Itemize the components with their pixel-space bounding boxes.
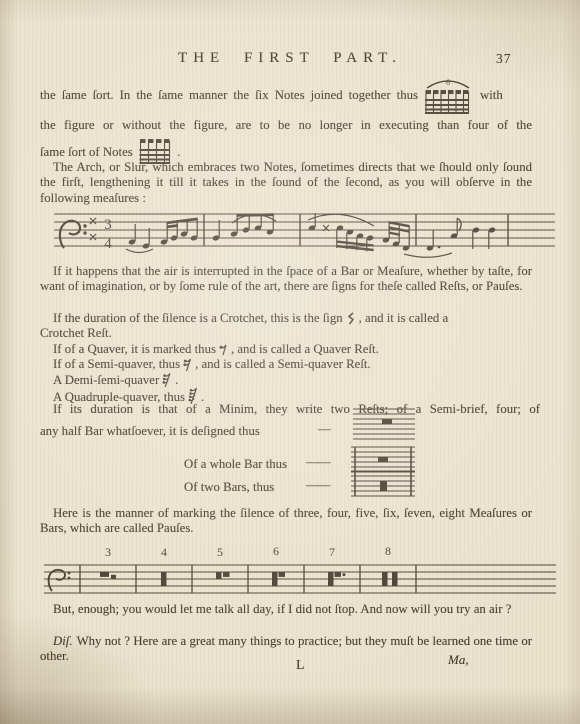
paragraph-pauses: Here is the manner of marking the ſilenc…: [40, 506, 532, 537]
rests-section: If the duration of the ſilence is a Crot…: [40, 311, 540, 421]
text-segment: ſame ſort of Notes: [40, 145, 133, 159]
pause-number: 8: [385, 545, 391, 558]
note-heads: [426, 90, 469, 94]
text-line: the figure or without the figure, are to…: [40, 118, 532, 133]
text-segment: , and is called a Quaver Reſt.: [231, 342, 379, 356]
page-header: THE FIRST PART.: [0, 49, 580, 67]
whole-bar-label: Of a whole Bar thus: [184, 457, 287, 472]
key-signature-sharps: [90, 218, 96, 240]
note-beams: [425, 100, 469, 113]
text-segment: A Demi-ſemi-quaver: [53, 373, 159, 387]
page-number: 37: [496, 51, 512, 66]
pause-number: 7: [329, 545, 335, 559]
pause-number: 4: [161, 545, 167, 559]
pause-number: 6: [273, 545, 279, 558]
half-rest-block: [382, 420, 392, 425]
two-bar-rest-staff: [350, 468, 416, 500]
bass-clef-icon: [49, 570, 71, 591]
note-heads: [140, 139, 170, 143]
text-line: with: [480, 88, 503, 103]
demisemiquaver-rest-icon: [162, 372, 172, 387]
half-bar-dash: —: [318, 422, 330, 437]
quaver-rest-icon: [219, 343, 228, 356]
two-bars-dash: ——: [306, 478, 330, 493]
bass-clef-icon: [60, 221, 87, 248]
text-line: A Demi-ſemi-quaver.: [40, 372, 178, 388]
text-line: If of a Semi-quaver, thus, and is called…: [40, 357, 371, 372]
whole-bar-dash: ——: [306, 455, 330, 470]
half-bar-label: any half Bar whatſoever, it is deſigned …: [40, 424, 260, 439]
speaker-label: Diſ.: [53, 634, 73, 648]
figure-number: 6: [446, 78, 450, 87]
text-segment: .: [175, 373, 178, 387]
paragraph-arch-slur: The Arch, or Slur, which embraces two No…: [40, 160, 532, 206]
text-segment: .: [177, 145, 180, 159]
text-segment: If the duration of the ſilence is a Crot…: [53, 311, 343, 325]
book-page: THE FIRST PART. 37 the ſame ſort. In the…: [0, 0, 580, 724]
paragraph-six-notes: the ſame ſort. In the ſame manner the ſi…: [40, 84, 532, 154]
pause-numbers: 3 4 5 6 7 8: [105, 545, 391, 559]
paragraph-rests-intro: If it happens that the air is interrupte…: [40, 264, 532, 295]
two-bar-rest-block: [380, 481, 387, 492]
time-signature-top: 3: [104, 217, 112, 233]
staff-lines: [44, 565, 556, 593]
text-segment: If of a Semi-quaver, thus: [53, 357, 180, 371]
pause-number: 5: [217, 545, 223, 559]
signature-mark: L: [296, 658, 305, 673]
semiquaver-rest-icon: [183, 357, 192, 371]
page-title: THE FIRST PART.: [178, 50, 402, 66]
pause-number: 3: [105, 545, 111, 559]
catchword: Ma,: [448, 652, 469, 667]
text-segment: , and it is called a: [359, 311, 449, 325]
text-segment: , and is called a Semi-quaver Reſt.: [195, 357, 371, 371]
text-line: If of a Quaver, it is marked thus, and i…: [40, 342, 379, 357]
whole-rest-block: [378, 457, 388, 462]
text-line: If its duration is that of a Minim, they…: [40, 402, 540, 417]
half-bar-rest-staff: [352, 406, 416, 442]
time-signature-bottom: 4: [104, 236, 112, 252]
text-line: the ſame ſort. In the ſame manner the ſi…: [40, 88, 418, 103]
text-segment: If of a Quaver, it is marked thus: [53, 342, 216, 356]
text-line: Crotchet Reſt.: [40, 326, 112, 341]
text-line: If the duration of the ſilence is a Crot…: [40, 311, 553, 326]
crotchet-rest-icon: [346, 312, 356, 325]
two-bars-label: Of two Bars, thus: [184, 480, 274, 495]
paragraph-closing: But, enough; you would let me talk all d…: [40, 602, 532, 617]
six-notes-figure: 6: [423, 75, 473, 115]
pauses-staff-image: 3 4 5 6 7 8: [42, 545, 558, 597]
slur-example-staff: 3 4: [52, 204, 557, 260]
